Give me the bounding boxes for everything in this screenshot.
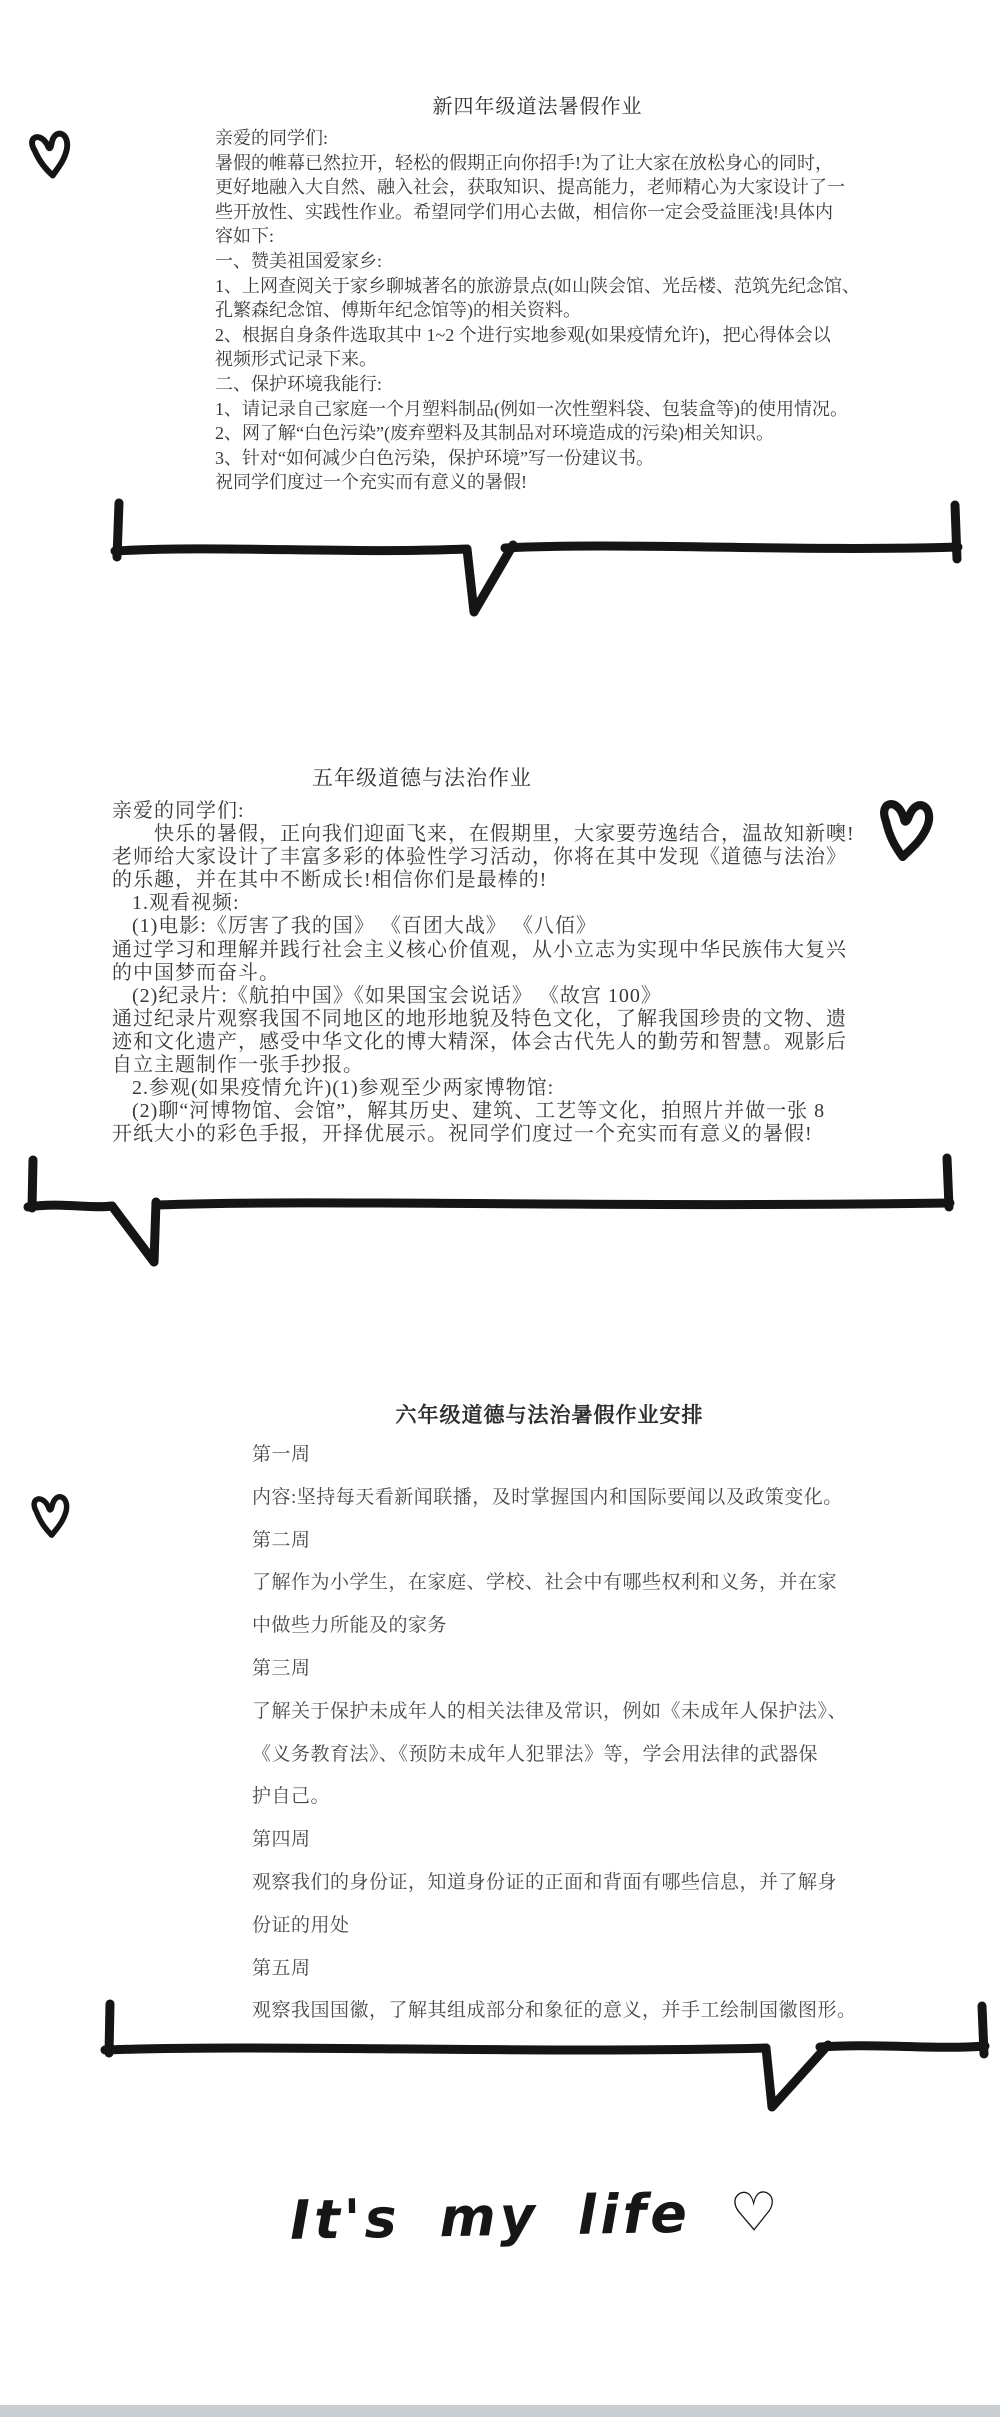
doc-line: 视频形式记录下来。 — [215, 347, 895, 372]
doc-line: 1、上网查阅关于家乡聊城著名的旅游景点(如山陕会馆、光岳楼、范筑先纪念馆、 — [215, 274, 895, 299]
doc-line: 观察我们的身份证，知道身份证的正面和背面有哪些信息，并了解身 — [252, 1868, 872, 1911]
doc-line: 中做些力所能及的家务 — [252, 1611, 872, 1654]
doc-line: 老师给大家设计了丰富多彩的体验性学习活动，你将在其中发现《道德与法治》 — [112, 846, 912, 869]
doc-line: 的中国梦而奋斗。 — [112, 962, 912, 985]
doc-line: (2)聊“河博物馆、会馆”，解其历史、建筑、工艺等文化，拍照片并做一张 8 — [112, 1100, 912, 1123]
doc-line: (1)电影:《厉害了我的国》 《百团大战》 《八佰》 — [112, 915, 912, 938]
doc-line: 二、保护环境我能行: — [215, 372, 895, 397]
bracket-doodle — [100, 495, 980, 625]
section-title-grade5: 五年级道德与法治作业 — [112, 762, 732, 792]
section-title-grade4: 新四年级道法暑假作业 — [215, 90, 860, 119]
doc-line: 容如下: — [215, 224, 895, 249]
section-body-grade6: 第一周 内容:坚持每天看新闻联播，及时掌握国内和国际要闻以及政策变化。 第二周 … — [252, 1440, 872, 2039]
section-body-grade5: 亲爱的同学们: 快乐的暑假，正向我们迎面飞来，在假期里，大家要劳逸结合，温故知新… — [112, 800, 912, 1146]
bracket-doodle — [20, 1150, 960, 1275]
doc-line: 第五周 — [252, 1954, 872, 1997]
bracket-doodle — [95, 1995, 995, 2120]
page-bottom-bar — [0, 2405, 1000, 2417]
doc-line: 孔繁森纪念馆、傅斯年纪念馆等)的相关资料。 — [215, 298, 895, 323]
doc-line: 通过纪录片观察我国不同地区的地形地貌及特色文化，了解我国珍贵的文物、遗 — [112, 1008, 912, 1031]
doc-line: 一、赞美祖国爱家乡: — [215, 249, 895, 274]
doc-line: 自立主题制作一张手抄报。 — [112, 1054, 912, 1077]
section-title-grade6: 六年级道德与法治暑假作业安排 — [252, 1399, 847, 1429]
doc-line: 份证的用处 — [252, 1911, 872, 1954]
doc-line: 祝同学们度过一个充实而有意义的暑假! — [215, 470, 895, 495]
handwritten-caption: It's my life ♡ — [289, 2181, 730, 2252]
document-page: 新四年级道法暑假作业 亲爱的同学们: 暑假的帷幕已然拉开，轻松的假期正向你招手!… — [0, 0, 1000, 2417]
doc-line: 开纸大小的彩色手报，开择优展示。祝同学们度过一个充实而有意义的暑假! — [112, 1123, 912, 1146]
doc-line: 1、请记录自己家庭一个月塑料制品(例如一次性塑料袋、包装盒等)的使用情况。 — [215, 397, 895, 422]
doc-line: 第二周 — [252, 1526, 872, 1569]
doc-line: 快乐的暑假，正向我们迎面飞来，在假期里，大家要劳逸结合，温故知新噢! — [112, 823, 912, 846]
doc-line: 第四周 — [252, 1825, 872, 1868]
doc-line: 1.观看视频: — [112, 892, 912, 915]
doc-line: 3、针对“如何减少白色污染，保护环境”写一份建议书。 — [215, 446, 895, 471]
doc-line: 2、根据自身条件选取其中 1~2 个进行实地参观(如果疫情允许)，把心得体会以 — [215, 323, 895, 348]
doc-line: 第三周 — [252, 1654, 872, 1697]
section-body-grade4: 亲爱的同学们: 暑假的帷幕已然拉开，轻松的假期正向你招手!为了让大家在放松身心的… — [215, 126, 895, 495]
doc-line: 暑假的帷幕已然拉开，轻松的假期正向你招手!为了让大家在放松身心的同时， — [215, 151, 895, 176]
heart-doodle-icon — [23, 1486, 78, 1550]
doc-line: 更好地融入大自然、融入社会，获取知识、提高能力，老师精心为大家设计了一 — [215, 175, 895, 200]
doc-line: 内容:坚持每天看新闻联播，及时掌握国内和国际要闻以及政策变化。 — [252, 1483, 872, 1526]
doc-line: 第一周 — [252, 1440, 872, 1483]
doc-line: 护自己。 — [252, 1782, 872, 1825]
doc-line: 2.参观(如果疫情允许)(1)参观至少两家博物馆: — [112, 1077, 912, 1100]
doc-line: 通过学习和理解并践行社会主义核心价值观，从小立志为实现中华民族伟大复兴 — [112, 939, 912, 962]
doc-line: 《义务教育法》、《预防未成年人犯罪法》等，学会用法律的武器保 — [252, 1740, 872, 1783]
doc-line: 的乐趣，并在其中不断成长!相信你们是最棒的! — [112, 869, 912, 892]
doc-line: 2、网了解“白色污染”(废弃塑料及其制品对环境造成的污染)相关知识。 — [215, 421, 895, 446]
doc-line: 亲爱的同学们: — [112, 800, 912, 823]
doc-line: 亲爱的同学们: — [215, 126, 895, 151]
doc-line: 些开放性、实践性作业。希望同学们用心去做，相信你一定会受益匪浅!具体内 — [215, 200, 895, 225]
doc-line: 迹和文化遗产，感受中华文化的博大精深，体会古代先人的勤劳和智慧。观影后 — [112, 1031, 912, 1054]
doc-line: (2)纪录片:《航拍中国》《如果国宝会说话》 《故宫 100》 — [112, 985, 912, 1008]
doc-line: 了解关于保护未成年人的相关法律及常识，例如《未成年人保护法》、 — [252, 1697, 872, 1740]
doc-line: 了解作为小学生，在家庭、学校、社会中有哪些权利和义务，并在家 — [252, 1568, 872, 1611]
heart-doodle-icon — [20, 121, 83, 194]
